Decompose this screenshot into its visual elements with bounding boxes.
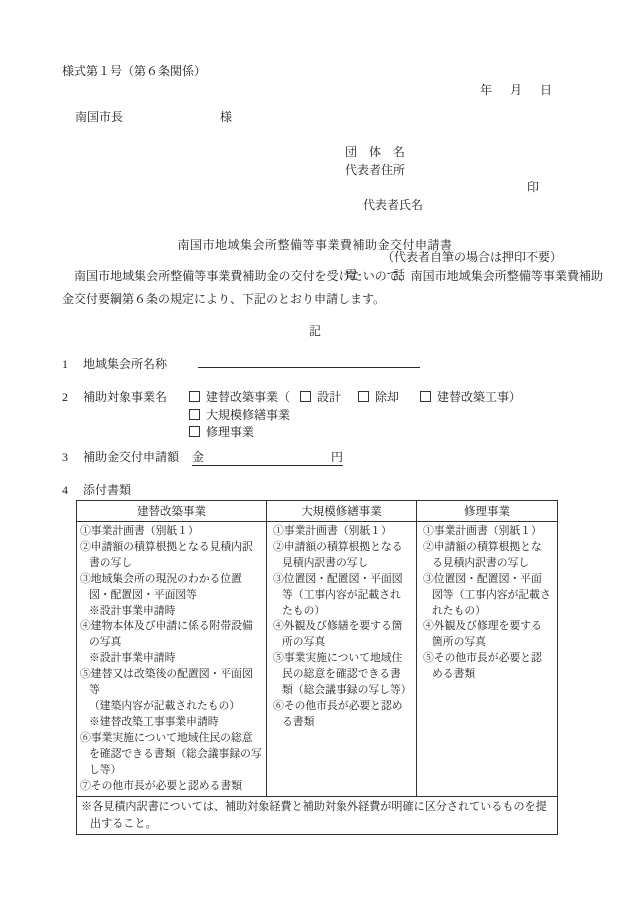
ki-heading: 記: [0, 322, 630, 339]
attachments-major-repair-cell: ①事業計画書（別紙１）②申請額の積算根拠となる見積内訳書の写し③位置図・配置図・…: [267, 522, 417, 797]
attachments-rebuild-cell: ①事業計画書（別紙１）②申請額の積算根拠となる見積内訳書の写し③地域集会所の現況…: [77, 522, 267, 797]
addressee-line: 南国市長様: [75, 108, 232, 125]
amount-suffix: 円: [331, 448, 343, 465]
applicant-block: 団 体 名 代表者住所 代表者氏名 印 （代表者自筆の場合は押印不要） 電 話: [345, 144, 562, 284]
attachment-item: ①事業計画書（別紙１）: [80, 524, 263, 540]
date-day-label: 日: [540, 81, 552, 98]
header-repair-project: 修理事業: [417, 501, 558, 522]
header-rebuild-project: 建替改築事業: [77, 501, 267, 522]
attachment-item: （建築内容が記載されたもの）: [89, 699, 263, 715]
attachment-item: ※建替改築工事事業申請時: [89, 715, 263, 731]
attachment-item: ②申請額の積算根拠となる見積内訳書の写し: [273, 540, 411, 572]
representative-address-label: 代表者住所: [345, 162, 562, 180]
form-number: 様式第１号（第６条関係）: [62, 62, 206, 79]
option-major-repair-label: 大規模修繕事業: [206, 407, 290, 425]
addressee-honorific: 様: [220, 110, 232, 124]
attachments-body-row: ①事業計画書（別紙１）②申請額の積算根拠となる見積内訳書の写し③地域集会所の現況…: [77, 522, 558, 797]
item2-label: 補助対象事業名: [83, 388, 189, 405]
option-rebuild-work-label: 建替改築工事）: [437, 389, 521, 407]
attachment-item: ④外観及び修繕を要する箇所の写真: [273, 619, 411, 651]
attachment-item: ⑦その他市長が必要と認める書類: [80, 779, 263, 795]
amount-field[interactable]: 金 円: [192, 448, 343, 466]
attachment-item: ⑥その他市長が必要と認める書類: [273, 699, 411, 731]
attachment-item: ③地域集会所の現況のわかる位置図・配置図・平面図等: [80, 572, 263, 604]
attachments-repair-cell: ①事業計画書（別紙１）②申請額の積算根拠となる見積内訳書の写し③位置図・配置図・…: [417, 522, 558, 797]
attachment-item: ⑤事業実施について地域住民の総意を確認できる書類（総会議事録の写し等）: [273, 651, 411, 699]
item1-label: 地域集会所名称: [83, 355, 167, 372]
checkbox-major-repair[interactable]: [189, 409, 200, 420]
item3-number: 3: [62, 450, 83, 465]
item2-number: 2: [62, 390, 83, 405]
attachment-item: ④外観及び修理を要する箇所の写真: [423, 619, 552, 651]
attachment-item: ※設計事業申請時: [89, 604, 263, 620]
application-form-document: 様式第１号（第６条関係） 年 月 日 南国市長様 団 体 名 代表者住所 代表者…: [0, 0, 630, 903]
checkbox-rebuild[interactable]: [189, 391, 200, 402]
item2-target-project: 2 補助対象事業名 建替改築事業（ 設計 除却 建替改築工事） 大規模修繕事業: [62, 388, 521, 442]
attachments-note: ※各見積内訳書については、補助対象経費と補助対象外経費が明確に区分されているもの…: [81, 799, 553, 832]
org-name-label: 団 体 名: [345, 144, 562, 162]
attachment-item: ③位置図・配置図・平面図等（工事内容が記載されたもの）: [273, 572, 411, 620]
checkbox-rebuild-work[interactable]: [420, 391, 431, 402]
attachment-item: ④建物本体及び申請に係る附帯設備の写真: [80, 619, 263, 651]
checkbox-demolition[interactable]: [358, 391, 369, 402]
attachment-item: ①事業計画書（別紙１）: [273, 524, 411, 540]
item4-attachments: 4 添付書類: [62, 481, 131, 498]
attachment-item: ⑤建替又は改築後の配置図・平面図等: [80, 667, 263, 699]
item3-label: 補助金交付申請額: [83, 448, 179, 465]
attachment-item: ⑤その他市長が必要と認める書類: [423, 651, 552, 683]
seal-mark: 印: [527, 179, 539, 197]
amount-prefix: 金: [192, 448, 204, 465]
checkbox-repair[interactable]: [189, 426, 200, 437]
attachment-item: ②申請額の積算根拠となる見積内訳書の写し: [80, 540, 263, 572]
checkbox-design[interactable]: [300, 391, 311, 402]
addressee-name: 南国市長: [75, 110, 123, 124]
date-month-label: 月: [510, 81, 522, 98]
attachment-item: ③位置図・配置図・平面図等（工事内容が記載されたもの）: [423, 572, 552, 620]
option-demolition-label: 除却: [375, 389, 399, 407]
document-title: 南国市地域集会所整備等事業費補助金交付申請書: [0, 236, 630, 253]
project-options: 建替改築事業（ 設計 除却 建替改築工事） 大規模修繕事業 修理事業: [189, 389, 521, 442]
header-major-repair-project: 大規模修繕事業: [267, 501, 417, 522]
date-line: 年 月 日: [480, 81, 552, 98]
option-design-label: 設計: [317, 389, 341, 407]
attachments-note-row: ※各見積内訳書については、補助対象経費と補助対象外経費が明確に区分されているもの…: [77, 797, 558, 835]
representative-name-label: 代表者氏名: [363, 198, 423, 212]
attachment-item: ①事業計画書（別紙１）: [423, 524, 552, 540]
attachments-table: 建替改築事業 大規模修繕事業 修理事業 ①事業計画書（別紙１）②申請額の積算根拠…: [76, 500, 558, 835]
attachments-note-cell: ※各見積内訳書については、補助対象経費と補助対象外経費が明確に区分されているもの…: [77, 797, 558, 835]
hall-name-field[interactable]: [198, 355, 420, 368]
attachment-item: ⑥事業実施について地域住民の総意を確認できる書類（総会議事録の写し等）: [80, 731, 263, 779]
attachments-header-row: 建替改築事業 大規模修繕事業 修理事業: [77, 501, 558, 522]
option-rebuild-row: 建替改築事業（ 設計 除却 建替改築工事）: [189, 389, 521, 407]
item4-label: 添付書類: [83, 481, 131, 498]
option-rebuild-label: 建替改築事業（: [206, 389, 290, 407]
item1-number: 1: [62, 357, 83, 372]
item4-number: 4: [62, 483, 83, 498]
body-paragraph: 南国市地域集会所整備等事業費補助金の交付を受けたいので、南国市地域集会所整備等事…: [62, 265, 603, 311]
item3-requested-amount: 3 補助金交付申請額 金 円: [62, 448, 343, 466]
date-year-label: 年: [480, 81, 492, 98]
attachment-item: ※設計事業申請時: [89, 651, 263, 667]
option-repair-row: 修理事業: [189, 424, 521, 442]
option-repair-label: 修理事業: [206, 424, 254, 442]
attachment-item: ②申請額の積算根拠となる見積内訳書の写し: [423, 540, 552, 572]
item1-hall-name: 1 地域集会所名称: [62, 355, 420, 372]
option-major-repair-row: 大規模修繕事業: [189, 407, 521, 425]
